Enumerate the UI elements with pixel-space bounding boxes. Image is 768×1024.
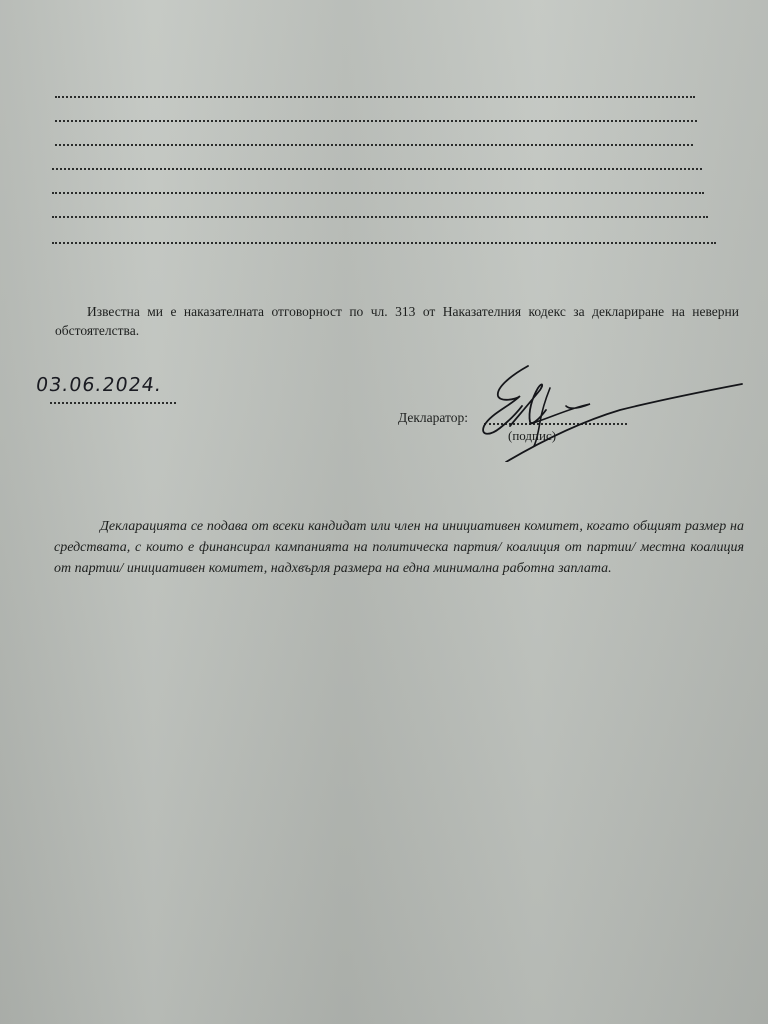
- declaration-note: Декларацията се подава от всеки кандидат…: [54, 516, 744, 579]
- blank-dotted-line: [52, 164, 702, 170]
- handwritten-date: 03.06.2024.: [34, 374, 163, 396]
- blank-dotted-line: [55, 140, 693, 146]
- blank-dotted-line: [52, 238, 716, 244]
- blank-dotted-line: [52, 212, 708, 218]
- declarant-label: Декларатор:: [398, 410, 468, 426]
- blank-dotted-line: [55, 116, 697, 122]
- signature-icon: [470, 362, 750, 462]
- date-dotted-line: [50, 402, 176, 404]
- blank-dotted-line: [52, 188, 704, 194]
- blank-dotted-line: [55, 92, 695, 98]
- liability-statement: Известна ми е наказателната отговорност …: [55, 302, 739, 340]
